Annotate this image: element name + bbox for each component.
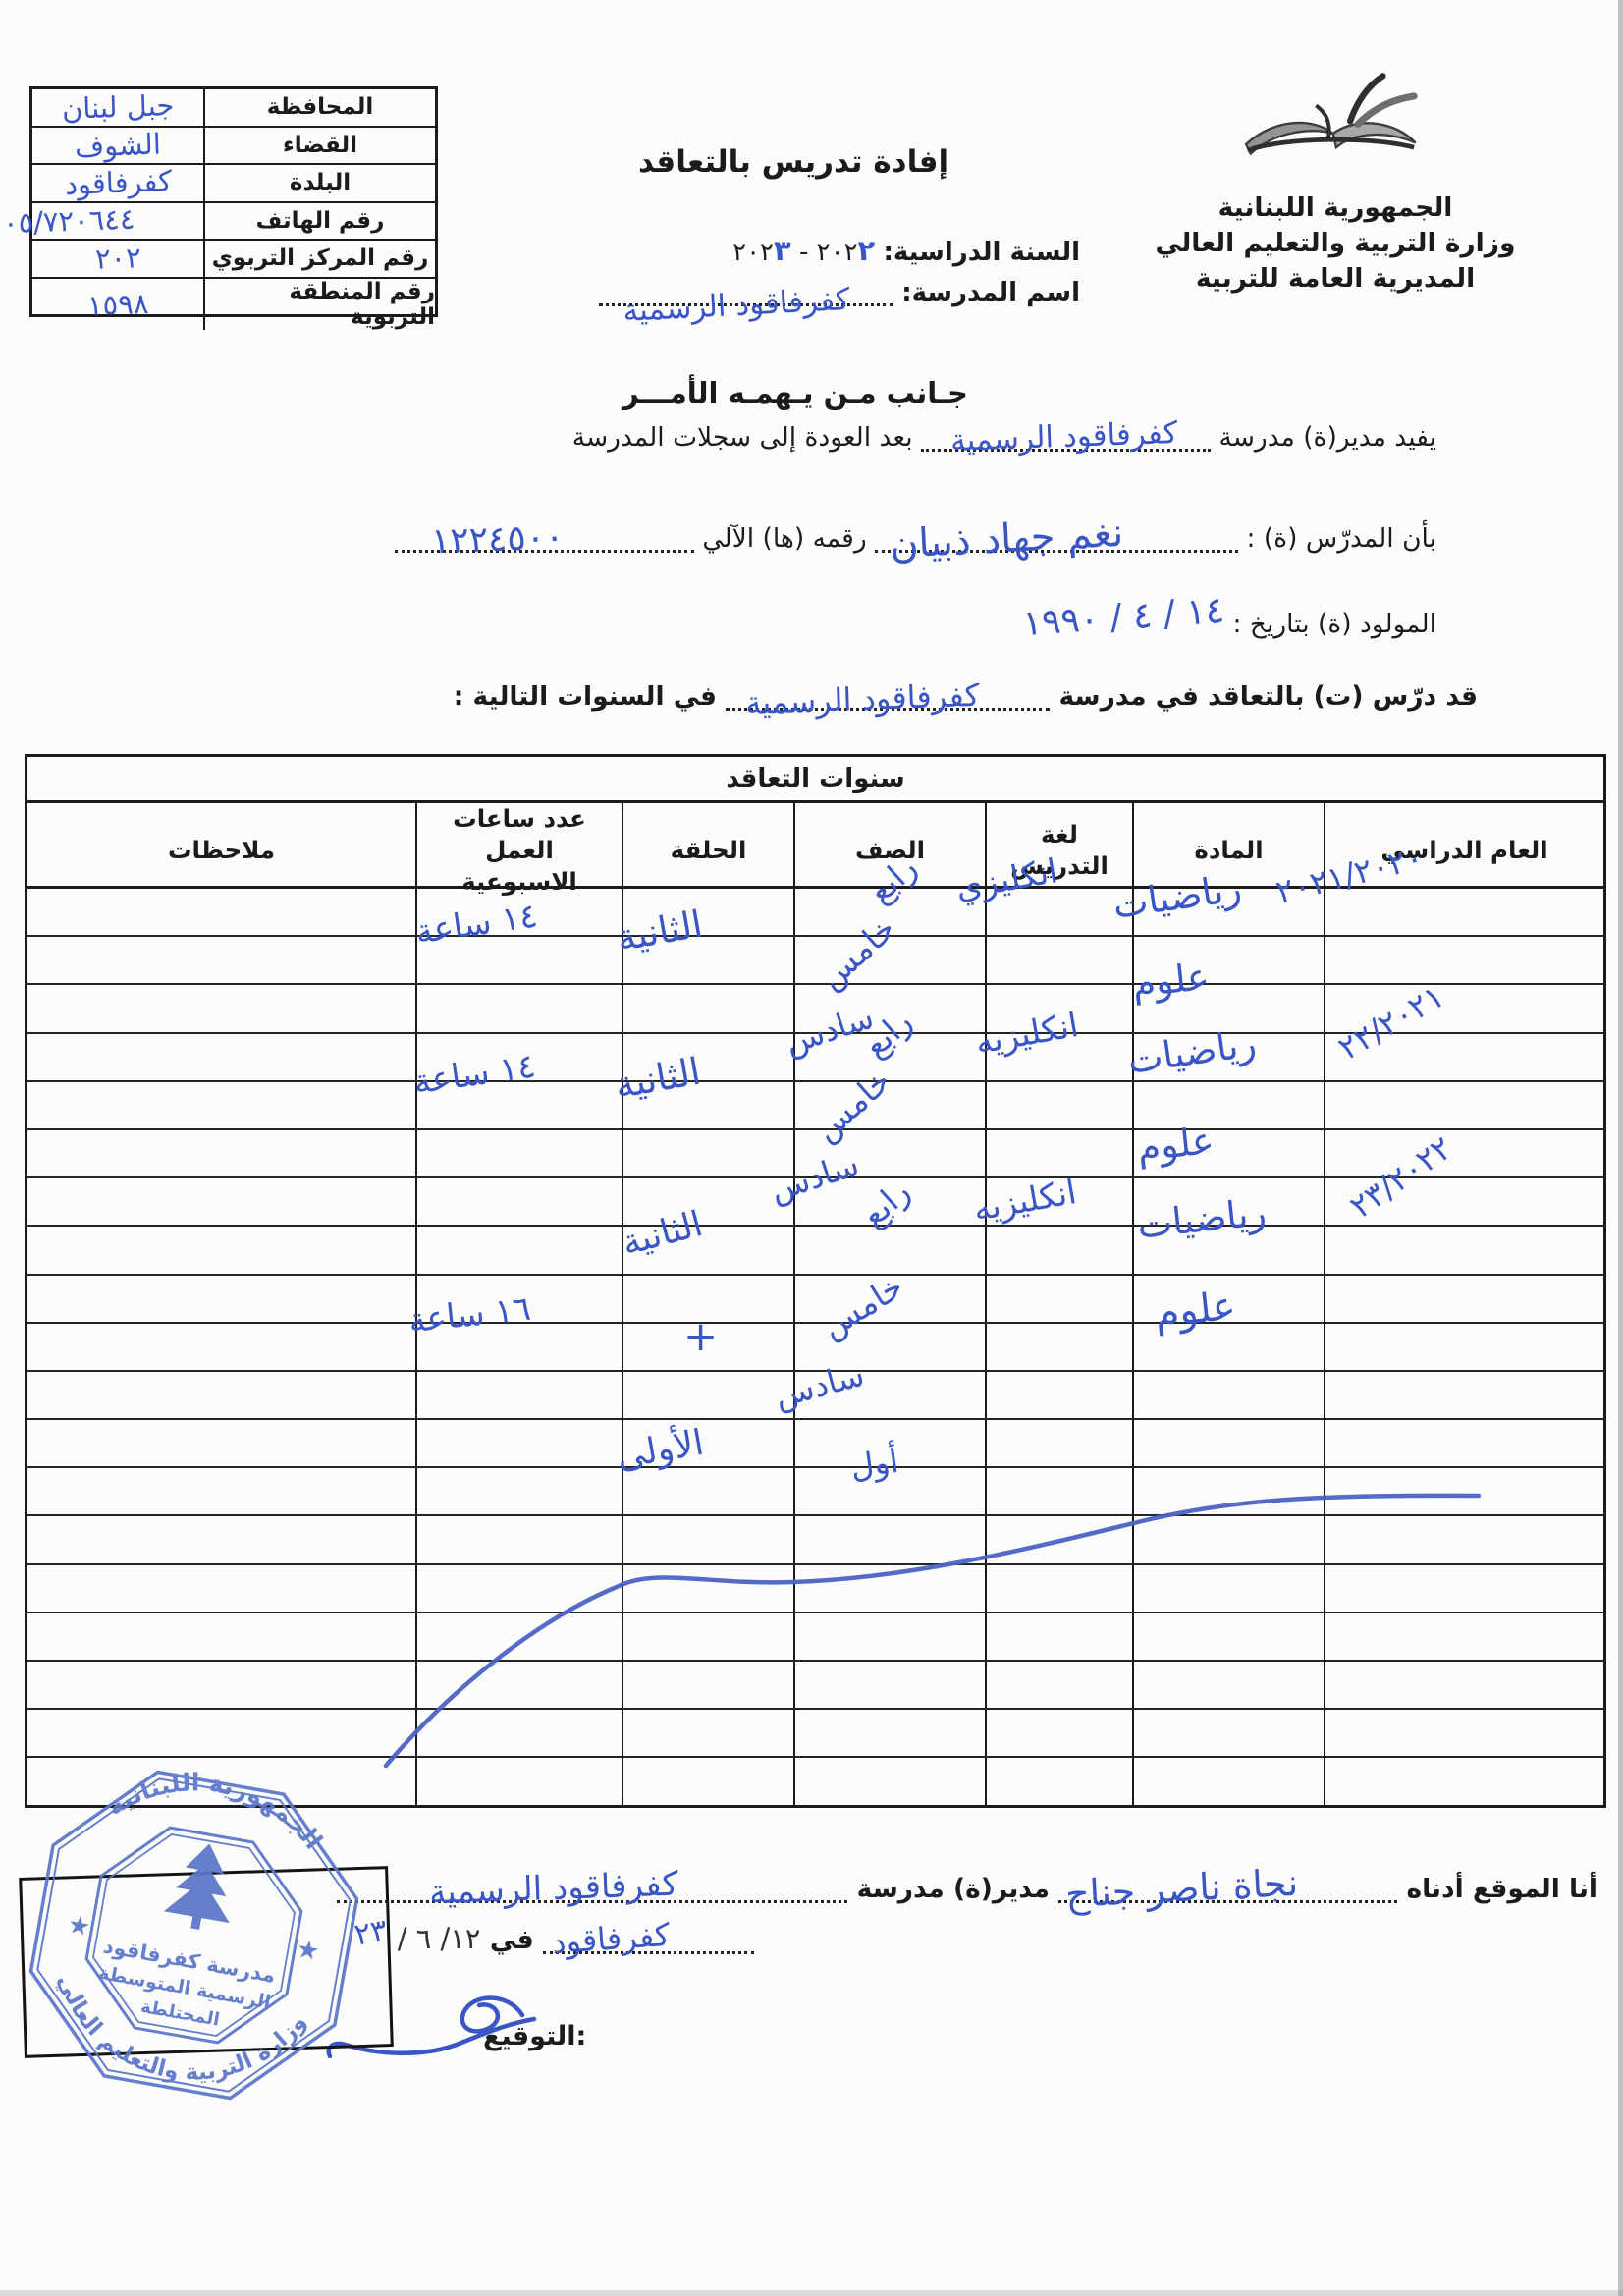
table-cell	[415, 1565, 622, 1612]
table-cell	[622, 1034, 793, 1080]
salutation-heading: جـانب مـن يـهمـه الأمـــر	[550, 376, 1041, 410]
contract-years-table: سنوات التعاقد العام الدراسي المادة لغة ا…	[25, 754, 1606, 1808]
year-separator: -	[791, 238, 817, 267]
column-header: العام الدراسي	[1324, 803, 1603, 898]
line1-prefix: يفيد مدير(ة) مدرسة	[1218, 422, 1436, 453]
field-label: البلدة	[203, 165, 435, 201]
table-row	[27, 1227, 1603, 1275]
table-cell	[793, 985, 985, 1031]
table-cell	[415, 1662, 622, 1708]
table-row	[27, 1468, 1603, 1516]
school-year-line: السنة الدراسية: ٢٠٢٢ - ٢٠٢٣	[511, 234, 1080, 278]
line2-mid: رقمه (ها) الآلي	[702, 523, 866, 554]
document-title: إفادة تدريس بالتعاقد	[638, 144, 948, 180]
table-row	[27, 889, 1603, 937]
table-cell	[1324, 1227, 1603, 1273]
table-cell	[622, 1710, 793, 1756]
table-cell	[622, 889, 793, 935]
signer-school-blank: كفرفاقود الرسمية	[337, 1900, 847, 1903]
place-date-line: كفرفاقود في ١٢/ ٦ / ٢٣	[355, 1921, 754, 1956]
field-label: القضاء	[203, 128, 435, 164]
table-cell	[793, 1516, 985, 1562]
table-cell	[985, 1468, 1132, 1514]
table-header-row: العام الدراسي المادة لغة التدريس الصف ال…	[27, 803, 1603, 889]
year-handwritten: ٢	[858, 234, 876, 267]
table-cell	[985, 1662, 1132, 1708]
table-cell	[985, 1420, 1132, 1466]
table-row: رقم الهاتف ٠٥/٧٢٠٦٤٤	[32, 203, 435, 242]
table-cell	[1324, 1468, 1603, 1514]
table-cell	[1132, 985, 1324, 1031]
stamp-star-left-icon: ★	[65, 1910, 92, 1943]
handwritten-day-month: ١٢/ ٦ /	[398, 1922, 481, 1955]
handwritten-value: جبل لبنان	[61, 88, 174, 126]
table-cell	[1324, 1662, 1603, 1708]
table-row	[27, 1420, 1603, 1468]
table-cell	[1324, 1420, 1603, 1466]
teacher-name-blank: نغم جهاد ذبيان	[875, 550, 1238, 553]
table-cell	[1132, 1034, 1324, 1080]
table-cell	[793, 1034, 985, 1080]
table-cell	[793, 1178, 985, 1225]
statement-line-2: بأن المدرّس (ة) : نغم جهاد ذبيان رقمه (ه…	[395, 523, 1436, 554]
table-cell	[1324, 1034, 1603, 1080]
table-cell	[622, 985, 793, 1031]
table-cell	[415, 1130, 622, 1176]
table-cell	[793, 1662, 985, 1708]
field-value: ٠٥/٧٢٠٦٤٤	[32, 203, 203, 240]
table-row: القضاء الشوف	[32, 128, 435, 166]
table-cell	[27, 1082, 415, 1128]
directorate-line: المديرية العامة للتربية	[1119, 261, 1551, 297]
table-cell	[415, 1420, 622, 1466]
table-cell	[622, 1758, 793, 1804]
signer-prefix: أنا الموقع أدناه	[1406, 1874, 1597, 1904]
handwritten-value: كفرفاقود	[64, 164, 172, 201]
table-cell	[622, 937, 793, 983]
table-cell	[622, 1082, 793, 1128]
handwritten-value: ١٥٩٨	[86, 286, 148, 321]
table-cell	[1132, 1420, 1324, 1466]
table-row	[27, 1516, 1603, 1564]
table-cell	[415, 1227, 622, 1273]
table-cell	[415, 889, 622, 935]
column-header: ملاحظات	[27, 803, 415, 898]
table-cell	[622, 1324, 793, 1370]
signer-line: أنا الموقع أدناه نجاة ناصر جناح مدير(ة) …	[337, 1874, 1597, 1904]
table-cell	[1324, 1324, 1603, 1370]
table-cell	[1324, 1276, 1603, 1322]
table-cell	[415, 1613, 622, 1660]
handwritten-value: ٢٠٢	[94, 241, 141, 276]
table-cell	[27, 889, 415, 935]
table-cell	[27, 1516, 415, 1562]
line4-prefix: قد درّس (ت) بالتعاقد في مدرسة	[1058, 682, 1478, 712]
table-cell	[27, 1034, 415, 1080]
table-cell	[415, 1034, 622, 1080]
table-row	[27, 1662, 1603, 1710]
year-handwritten: ٣	[774, 234, 791, 267]
table-cell	[415, 937, 622, 983]
handwritten-place: كفرفاقود	[551, 1916, 672, 1961]
table-cell	[985, 1324, 1132, 1370]
table-cell	[985, 1034, 1132, 1080]
table-cell	[415, 1276, 622, 1322]
table-cell	[1132, 1372, 1324, 1418]
field-label: رقم الهاتف	[203, 203, 435, 240]
table-cell	[1132, 1565, 1324, 1612]
table-cell	[1132, 1710, 1324, 1756]
table-cell	[622, 1130, 793, 1176]
field-value: الشوف	[32, 128, 203, 164]
table-cell	[27, 1613, 415, 1660]
table-cell	[1324, 1613, 1603, 1660]
table-cell	[1132, 1178, 1324, 1225]
table-title: سنوات التعاقد	[27, 757, 1603, 803]
table-row	[27, 1613, 1603, 1662]
handwritten-teacher-name: نغم جهاد ذبيان	[889, 511, 1124, 568]
field-value: ١٥٩٨	[32, 279, 203, 330]
scanned-certificate-page: المحافظة جبل لبنان القضاء الشوف البلدة ك…	[0, 0, 1623, 2296]
table-row: رقم المنطقة التربوية ١٥٩٨	[32, 279, 435, 315]
field-value: ٢٠٢	[32, 241, 203, 277]
handwritten-signer-name: نجاة ناصر جناح	[1064, 1861, 1299, 1916]
table-cell	[985, 889, 1132, 935]
table-cell	[985, 1710, 1132, 1756]
year-printed: ٢٠٢	[817, 238, 858, 267]
column-header: الحلقة	[622, 803, 793, 898]
school-name-line: اسم المدرسة: كفرفاقود الرسمية	[511, 278, 1080, 322]
table-cell	[793, 1324, 985, 1370]
table-cell	[1324, 1565, 1603, 1612]
table-cell	[415, 1324, 622, 1370]
table-cell	[622, 1276, 793, 1322]
table-cell	[793, 1082, 985, 1128]
table-cell	[27, 1227, 415, 1273]
column-header: لغة التدريس	[985, 803, 1132, 898]
table-cell	[415, 985, 622, 1031]
table-cell	[27, 1372, 415, 1418]
table-cell	[793, 1130, 985, 1176]
statement-line-3: المولود (ة) بتاريخ : ١٤ / ٤ / ١٩٩٠	[1023, 601, 1436, 641]
table-cell	[27, 985, 415, 1031]
table-row	[27, 1565, 1603, 1613]
table-cell	[622, 1662, 793, 1708]
table-row	[27, 1372, 1603, 1420]
table-cell	[985, 1372, 1132, 1418]
line2-prefix: بأن المدرّس (ة) :	[1247, 523, 1436, 554]
table-cell	[1132, 1758, 1324, 1804]
table-cell	[793, 1420, 985, 1466]
table-row	[27, 985, 1603, 1033]
year-printed: ٢٠٢	[732, 238, 774, 267]
table-cell	[622, 1468, 793, 1514]
signer-name-blank: نجاة ناصر جناح	[1058, 1900, 1397, 1903]
column-header: الصف	[793, 803, 985, 898]
table-cell	[793, 1276, 985, 1322]
table-cell	[1132, 1324, 1324, 1370]
table-cell	[415, 1710, 622, 1756]
table-cell	[27, 1468, 415, 1514]
table-cell	[985, 985, 1132, 1031]
table-cell	[27, 1420, 415, 1466]
table-cell	[985, 1227, 1132, 1273]
table-cell	[27, 1130, 415, 1176]
table-cell	[793, 1565, 985, 1612]
table-cell	[1324, 1130, 1603, 1176]
line3-prefix: المولود (ة) بتاريخ :	[1233, 609, 1437, 639]
table-cell	[27, 1662, 415, 1708]
table-cell	[1132, 937, 1324, 983]
table-cell	[793, 1710, 985, 1756]
table-cell	[793, 1613, 985, 1660]
republic-line: الجمهورية اللبنانية	[1119, 191, 1551, 226]
table-body	[27, 889, 1603, 1805]
teacher-number-blank: ١٢٢٤٥٠٠	[395, 550, 694, 553]
table-cell	[27, 937, 415, 983]
handwritten-value: ٠٥/٧٢٠٦٤٤	[2, 201, 135, 240]
table-cell	[415, 1082, 622, 1128]
field-value: كفرفاقود	[32, 165, 203, 201]
table-cell	[622, 1420, 793, 1466]
table-cell	[622, 1565, 793, 1612]
table-cell	[27, 1276, 415, 1322]
school-stamp: الجمهورية اللبنانية وزارة التربية والتعل…	[5, 1746, 383, 2124]
statement-line-1: يفيد مدير(ة) مدرسة كفرفاقود الرسمية بعد …	[572, 422, 1436, 453]
table-row	[27, 1130, 1603, 1178]
table-cell	[793, 889, 985, 935]
table-cell	[1324, 937, 1603, 983]
column-header: المادة	[1132, 803, 1324, 898]
table-row	[27, 937, 1603, 985]
table-row	[27, 1276, 1603, 1324]
school-name-label: اسم المدرسة:	[901, 278, 1080, 307]
table-cell	[1324, 1710, 1603, 1756]
handwritten-value: الشوف	[75, 127, 162, 163]
ministry-line: وزارة التربية والتعليم العالي	[1119, 226, 1551, 261]
table-row: البلدة كفرفاقود	[32, 165, 435, 203]
table-row: رقم المركز التربوي ٢٠٢	[32, 241, 435, 279]
table-cell	[985, 1516, 1132, 1562]
table-cell	[1324, 1758, 1603, 1804]
table-cell	[415, 1468, 622, 1514]
handwritten-signer-school: كفرفاقود الرسمية	[428, 1865, 678, 1913]
table-cell	[415, 1372, 622, 1418]
table-cell	[985, 937, 1132, 983]
meta-block: السنة الدراسية: ٢٠٢٢ - ٢٠٢٣ اسم المدرسة:…	[511, 234, 1080, 322]
government-header: الجمهورية اللبنانية وزارة التربية والتعل…	[1119, 191, 1551, 297]
school-info-table: المحافظة جبل لبنان القضاء الشوف البلدة ك…	[29, 86, 438, 317]
table-cell	[622, 1178, 793, 1225]
school-blank: كفرفاقود الرسمية	[726, 708, 1050, 711]
table-row	[27, 1178, 1603, 1227]
signer-mid: مدير(ة) مدرسة	[857, 1874, 1050, 1904]
place-blank: كفرفاقود	[543, 1951, 754, 1954]
stamp-star-right-icon: ★	[295, 1935, 322, 1968]
field-value: جبل لبنان	[32, 89, 203, 126]
field-label: رقم المركز التربوي	[203, 241, 435, 277]
table-cell	[793, 1758, 985, 1804]
table-row	[27, 1324, 1603, 1372]
field-label: رقم المنطقة التربوية	[203, 279, 435, 330]
table-cell	[1324, 1082, 1603, 1128]
school-year-label: السنة الدراسية:	[884, 238, 1080, 267]
ministry-logo-icon	[1235, 63, 1422, 189]
table-row: المحافظة جبل لبنان	[32, 89, 435, 128]
table-cell	[27, 1324, 415, 1370]
table-cell	[985, 1565, 1132, 1612]
handwritten-school: كفرفاقود الرسمية	[949, 415, 1177, 459]
table-cell	[622, 1613, 793, 1660]
table-cell	[793, 1468, 985, 1514]
school-blank: كفرفاقود الرسمية	[921, 449, 1211, 452]
table-cell	[1132, 1130, 1324, 1176]
table-cell	[415, 1758, 622, 1804]
table-cell	[1132, 1613, 1324, 1660]
cedar-tree-icon	[162, 1837, 243, 1934]
table-cell	[27, 1178, 415, 1225]
table-cell	[1324, 1372, 1603, 1418]
table-cell	[1132, 889, 1324, 935]
table-cell	[1324, 889, 1603, 935]
table-cell	[985, 1178, 1132, 1225]
line4-suffix: في السنوات التالية :	[454, 682, 717, 712]
table-cell	[1132, 1468, 1324, 1514]
table-cell	[985, 1758, 1132, 1804]
table-cell	[1324, 985, 1603, 1031]
table-cell	[985, 1276, 1132, 1322]
handwritten-birthdate: ١٤ / ٤ / ١٩٩٠	[1021, 590, 1225, 644]
table-cell	[985, 1082, 1132, 1128]
table-cell	[1132, 1227, 1324, 1273]
handwritten-teacher-number: ١٢٢٤٥٠٠	[430, 518, 565, 563]
table-cell	[1132, 1662, 1324, 1708]
field-label: المحافظة	[203, 89, 435, 126]
table-cell	[1324, 1516, 1603, 1562]
table-row	[27, 1082, 1603, 1130]
table-cell	[622, 1516, 793, 1562]
table-cell	[27, 1565, 415, 1612]
table-cell	[1132, 1276, 1324, 1322]
table-cell	[415, 1178, 622, 1225]
table-cell	[793, 937, 985, 983]
date-word: في	[490, 1925, 534, 1955]
table-cell	[985, 1130, 1132, 1176]
table-cell	[1324, 1178, 1603, 1225]
table-cell	[1132, 1082, 1324, 1128]
table-cell	[793, 1227, 985, 1273]
table-cell	[622, 1372, 793, 1418]
table-cell	[415, 1516, 622, 1562]
table-cell	[1132, 1516, 1324, 1562]
line1-suffix: بعد العودة إلى سجلات المدرسة	[572, 422, 913, 453]
table-cell	[793, 1372, 985, 1418]
handwritten-school: كفرفاقود الرسمية	[744, 677, 980, 722]
handwritten-school-name: كفرفاقود الرسمية	[622, 282, 851, 329]
statement-line-4: قد درّس (ت) بالتعاقد في مدرسة كفرفاقود ا…	[454, 682, 1478, 712]
table-cell	[622, 1227, 793, 1273]
column-header: عدد ساعات العمل الاسبوعية	[415, 803, 622, 898]
table-row	[27, 1034, 1603, 1082]
table-cell	[985, 1613, 1132, 1660]
school-name-blank: كفرفاقود الرسمية	[599, 303, 893, 306]
